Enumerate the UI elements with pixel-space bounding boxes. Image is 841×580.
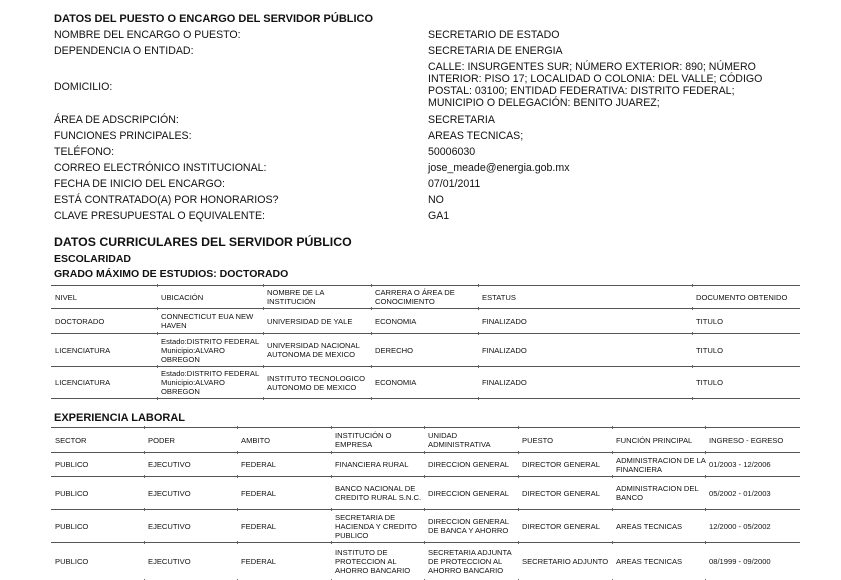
experience-table-header-text: PUESTO bbox=[522, 436, 553, 445]
experience-table-cell: FEDERAL bbox=[241, 510, 331, 542]
education-table-cell: FINALIZADO bbox=[482, 334, 682, 366]
education-table-column-tick bbox=[157, 397, 158, 400]
education-table-cell: UNIVERSIDAD DE YALE bbox=[267, 309, 371, 333]
education-table-header-text: NIVEL bbox=[55, 293, 77, 302]
education-table-cell-text: ECONOMIA bbox=[375, 317, 416, 326]
field-value-clave-presupuestal: GA1 bbox=[428, 210, 798, 222]
education-table-header-text: ESTATUS bbox=[482, 293, 516, 302]
experience-table-header-text: INGRESO - EGRESO bbox=[709, 436, 783, 445]
experience-table-header-text: UNIDAD ADMINISTRATIVA bbox=[428, 431, 520, 449]
education-table-cell: TITULO bbox=[696, 309, 800, 333]
subsection-title-experiencia: EXPERIENCIA LABORAL bbox=[54, 412, 185, 424]
experience-table-header-cell: FUNCIÓN PRINCIPAL bbox=[616, 428, 708, 452]
experience-table-cell-text: DIRECTOR GENERAL bbox=[522, 522, 600, 531]
experience-table-cell: ADMINISTRACION DE LA FINANCIERA bbox=[616, 453, 708, 476]
field-label-domicilio: DOMICILIO: bbox=[54, 81, 112, 93]
field-value-dependencia: SECRETARIA DE ENERGIA bbox=[428, 45, 798, 57]
education-table-cell-text: ECONOMIA bbox=[375, 378, 416, 387]
experience-table-cell-text: ADMINISTRACION DE LA FINANCIERA bbox=[616, 456, 708, 474]
field-value-funciones: AREAS TECNICAS; bbox=[428, 130, 798, 142]
education-table-cell: Estado:DISTRITO FEDERAL Municipio:ALVARO… bbox=[161, 367, 265, 398]
field-value-area-adscripcion: SECRETARIA bbox=[428, 114, 798, 126]
experience-table-header-text: INSTITUCIÓN O EMPRESA bbox=[335, 431, 427, 449]
experience-table-cell: EJECUTIVO bbox=[148, 510, 238, 542]
education-table-column-tick bbox=[157, 307, 158, 310]
experience-table-header-text: AMBITO bbox=[241, 436, 270, 445]
education-table-header-cell: ESTATUS bbox=[482, 286, 682, 308]
experience-table-cell-text: AREAS TECNICAS bbox=[616, 522, 682, 531]
field-label-clave-presupuestal: CLAVE PRESUPUESTAL O EQUIVALENTE: bbox=[54, 210, 265, 222]
education-table-cell-text: DERECHO bbox=[375, 346, 413, 355]
education-table-cell: FINALIZADO bbox=[482, 367, 682, 398]
education-table-header-cell: DOCUMENTO OBTENIDO bbox=[696, 286, 800, 308]
experience-table-column-tick bbox=[331, 541, 332, 544]
education-table-header-cell: NOMBRE DE LA INSTITUCIÓN bbox=[267, 286, 371, 308]
education-table-column-tick bbox=[157, 284, 158, 287]
experience-table-header-cell: UNIDAD ADMINISTRATIVA bbox=[428, 428, 520, 452]
experience-table-cell-text: 12/2000 - 05/2002 bbox=[709, 522, 771, 531]
education-table-cell-text: CONNECTICUT EUA NEW HAVEN bbox=[161, 312, 265, 330]
field-value-honorarios: NO bbox=[428, 194, 798, 206]
experience-table-cell-text: BANCO NACIONAL DE CREDITO RURAL S.N.C. bbox=[335, 484, 427, 502]
experience-table-cell: DIRECCION GENERAL bbox=[428, 477, 520, 509]
experience-table-cell-text: DIRECCION GENERAL DE BANCA Y AHORRO bbox=[428, 517, 520, 535]
experience-table-cell-text: PUBLICO bbox=[55, 557, 88, 566]
experience-table-cell-text: EJECUTIVO bbox=[148, 522, 191, 531]
education-table-cell: UNIVERSIDAD NACIONAL AUTONOMA DE MEXICO bbox=[267, 334, 371, 366]
education-table-column-tick bbox=[157, 332, 158, 335]
experience-table-cell-text: INSTITUTO DE PROTECCION AL AHORRO BANCAR… bbox=[335, 548, 427, 575]
experience-table-cell: SECRETARIO ADJUNTO bbox=[522, 543, 614, 580]
field-value-domicilio: CALLE: INSURGENTES SUR; NÚMERO EXTERIOR:… bbox=[428, 61, 793, 109]
education-table-cell: ECONOMIA bbox=[375, 367, 479, 398]
field-label-fecha-inicio: FECHA DE INICIO DEL ENCARGO: bbox=[54, 178, 225, 190]
experience-table-cell-text: FEDERAL bbox=[241, 557, 276, 566]
experience-table-cell-text: 01/2003 - 12/2006 bbox=[709, 460, 771, 469]
experience-table-cell: PUBLICO bbox=[55, 453, 145, 476]
education-table-cell-text: Estado:DISTRITO FEDERAL Municipio:ALVARO… bbox=[161, 337, 265, 364]
education-table-cell: LICENCIATURA bbox=[55, 334, 155, 366]
experience-table-header-text: FUNCIÓN PRINCIPAL bbox=[616, 436, 692, 445]
education-table-header-text: DOCUMENTO OBTENIDO bbox=[696, 293, 787, 302]
education-table-column-tick bbox=[157, 365, 158, 368]
education-table-cell: FINALIZADO bbox=[482, 309, 682, 333]
field-value-nombre-encargo: SECRETARIO DE ESTADO bbox=[428, 29, 798, 41]
experience-table-cell-text: ADMINISTRACION DEL BANCO bbox=[616, 484, 708, 502]
education-table-header-text: UBICACIÓN bbox=[161, 293, 203, 302]
education-table-column-tick bbox=[371, 365, 372, 368]
experience-table-cell: PUBLICO bbox=[55, 510, 145, 542]
experience-table-cell-text: SECRETARIA ADJUNTA DE PROTECCION AL AHOR… bbox=[428, 548, 520, 575]
education-table-cell-text: TITULO bbox=[696, 346, 723, 355]
field-label-honorarios: ESTÁ CONTRATADO(A) POR HONORARIOS? bbox=[54, 194, 278, 206]
education-table-cell-text: LICENCIATURA bbox=[55, 346, 110, 355]
education-table-cell-text: UNIVERSIDAD NACIONAL AUTONOMA DE MEXICO bbox=[267, 341, 371, 359]
experience-table-cell-text: EJECUTIVO bbox=[148, 489, 191, 498]
experience-table-cell: 05/2002 - 01/2003 bbox=[709, 477, 799, 509]
experience-table-cell: FEDERAL bbox=[241, 453, 331, 476]
field-value-telefono: 50006030 bbox=[428, 146, 798, 158]
experience-table-header-cell: INGRESO - EGRESO bbox=[709, 428, 799, 452]
education-table-header-cell: NIVEL bbox=[55, 286, 155, 308]
experience-table-cell: PUBLICO bbox=[55, 543, 145, 580]
experience-table-cell-text: FEDERAL bbox=[241, 522, 276, 531]
experience-table-cell: FINANCIERA RURAL bbox=[335, 453, 427, 476]
experience-table-cell-text: DIRECCION GENERAL bbox=[428, 489, 509, 498]
education-table-cell-text: FINALIZADO bbox=[482, 378, 527, 387]
grado-maximo-estudios: GRADO MÁXIMO DE ESTUDIOS: DOCTORADO bbox=[54, 268, 288, 280]
education-table-header-cell: CARRERA O ÁREA DE CONOCIMIENTO bbox=[375, 286, 479, 308]
experience-table-header-text: SECTOR bbox=[55, 436, 87, 445]
experience-table-cell: FEDERAL bbox=[241, 477, 331, 509]
education-table-cell: CONNECTICUT EUA NEW HAVEN bbox=[161, 309, 265, 333]
education-table-rule bbox=[51, 398, 800, 399]
experience-table-cell: PUBLICO bbox=[55, 477, 145, 509]
experience-table-header-cell: SECTOR bbox=[55, 428, 145, 452]
experience-table-cell-text: PUBLICO bbox=[55, 522, 88, 531]
experience-table-cell: EJECUTIVO bbox=[148, 543, 238, 580]
experience-table-cell: DIRECTOR GENERAL bbox=[522, 477, 614, 509]
experience-table-cell-text: DIRECTOR GENERAL bbox=[522, 460, 600, 469]
education-table-cell-text: TITULO bbox=[696, 317, 723, 326]
education-table-cell-text: LICENCIATURA bbox=[55, 378, 110, 387]
experience-table-cell-text: PUBLICO bbox=[55, 460, 88, 469]
experience-table-cell: 12/2000 - 05/2002 bbox=[709, 510, 799, 542]
education-table-column-tick bbox=[692, 397, 693, 400]
education-table-cell-text: Estado:DISTRITO FEDERAL Municipio:ALVARO… bbox=[161, 369, 265, 396]
education-table-cell: DERECHO bbox=[375, 334, 479, 366]
education-table-cell-text: INSTITUTO TECNOLOGICO AUTONOMO DE MEXICO bbox=[267, 374, 371, 392]
education-table-cell-text: FINALIZADO bbox=[482, 346, 527, 355]
education-table-cell: ECONOMIA bbox=[375, 309, 479, 333]
field-label-dependencia: DEPENDENCIA O ENTIDAD: bbox=[54, 45, 194, 57]
experience-table-header-cell: INSTITUCIÓN O EMPRESA bbox=[335, 428, 427, 452]
education-table-column-tick bbox=[371, 307, 372, 310]
experience-table-column-tick bbox=[331, 508, 332, 511]
experience-table-cell-text: SECRETARIA DE HACIENDA Y CREDITO PUBLICO bbox=[335, 513, 427, 540]
experience-table-column-tick bbox=[331, 475, 332, 478]
experience-table-cell-text: PUBLICO bbox=[55, 489, 88, 498]
education-table-cell: INSTITUTO TECNOLOGICO AUTONOMO DE MEXICO bbox=[267, 367, 371, 398]
field-label-correo: CORREO ELECTRÓNICO INSTITUCIONAL: bbox=[54, 162, 267, 174]
section-title-curricular: DATOS CURRICULARES DEL SERVIDOR PÚBLICO bbox=[54, 235, 352, 249]
experience-table-cell: DIRECTOR GENERAL bbox=[522, 510, 614, 542]
experience-table-cell: FEDERAL bbox=[241, 543, 331, 580]
experience-table-header-cell: PUESTO bbox=[522, 428, 614, 452]
field-label-area-adscripcion: ÁREA DE ADSCRIPCIÓN: bbox=[54, 114, 179, 126]
education-table-header-text: CARRERA O ÁREA DE CONOCIMIENTO bbox=[375, 288, 479, 306]
field-label-telefono: TELÉFONO: bbox=[54, 146, 114, 158]
document-page: DATOS DEL PUESTO O ENCARGO DEL SERVIDOR … bbox=[0, 0, 841, 580]
experience-table-cell: EJECUTIVO bbox=[148, 477, 238, 509]
experience-table: SECTORPODERAMBITOINSTITUCIÓN O EMPRESAUN… bbox=[51, 427, 800, 580]
section-title-puesto: DATOS DEL PUESTO O ENCARGO DEL SERVIDOR … bbox=[54, 13, 373, 25]
experience-table-header-cell: PODER bbox=[148, 428, 238, 452]
experience-table-cell: AREAS TECNICAS bbox=[616, 510, 708, 542]
experience-table-cell-text: 08/1999 - 09/2000 bbox=[709, 557, 771, 566]
subsection-title-escolaridad: ESCOLARIDAD bbox=[54, 253, 131, 265]
education-table: NIVELUBICACIÓNNOMBRE DE LA INSTITUCIÓNCA… bbox=[51, 285, 800, 400]
experience-table-header-text: PODER bbox=[148, 436, 175, 445]
experience-table-column-tick bbox=[331, 426, 332, 429]
experience-table-cell-text: 05/2002 - 01/2003 bbox=[709, 489, 771, 498]
experience-table-cell-text: EJECUTIVO bbox=[148, 557, 191, 566]
education-table-header-cell: UBICACIÓN bbox=[161, 286, 265, 308]
education-table-column-tick bbox=[371, 284, 372, 287]
experience-table-cell: DIRECCION GENERAL bbox=[428, 453, 520, 476]
experience-table-cell-text: DIRECTOR GENERAL bbox=[522, 489, 600, 498]
education-table-cell: LICENCIATURA bbox=[55, 367, 155, 398]
education-table-column-tick bbox=[371, 332, 372, 335]
experience-table-header-cell: AMBITO bbox=[241, 428, 331, 452]
education-table-column-tick bbox=[692, 365, 693, 368]
experience-table-cell: DIRECCION GENERAL DE BANCA Y AHORRO bbox=[428, 510, 520, 542]
education-table-column-tick bbox=[692, 307, 693, 310]
field-label-nombre-encargo: NOMBRE DEL ENCARGO O PUESTO: bbox=[54, 29, 241, 41]
education-table-cell: TITULO bbox=[696, 367, 800, 398]
experience-table-cell: SECRETARIA ADJUNTA DE PROTECCION AL AHOR… bbox=[428, 543, 520, 580]
experience-table-cell-text: FEDERAL bbox=[241, 489, 276, 498]
experience-table-cell: BANCO NACIONAL DE CREDITO RURAL S.N.C. bbox=[335, 477, 427, 509]
experience-table-cell: AREAS TECNICAS bbox=[616, 543, 708, 580]
experience-table-column-tick bbox=[331, 451, 332, 454]
experience-table-cell: SECRETARIA DE HACIENDA Y CREDITO PUBLICO bbox=[335, 510, 427, 542]
education-table-cell-text: TITULO bbox=[696, 378, 723, 387]
field-value-fecha-inicio: 07/01/2011 bbox=[428, 178, 798, 190]
education-table-cell: DOCTORADO bbox=[55, 309, 155, 333]
education-table-header-text: NOMBRE DE LA INSTITUCIÓN bbox=[267, 288, 371, 306]
experience-table-cell: INSTITUTO DE PROTECCION AL AHORRO BANCAR… bbox=[335, 543, 427, 580]
experience-table-cell: 08/1999 - 09/2000 bbox=[709, 543, 799, 580]
experience-table-cell-text: AREAS TECNICAS bbox=[616, 557, 682, 566]
experience-table-cell: EJECUTIVO bbox=[148, 453, 238, 476]
experience-table-cell-text: DIRECCION GENERAL bbox=[428, 460, 509, 469]
experience-table-cell-text: SECRETARIO ADJUNTO bbox=[522, 557, 608, 566]
field-label-funciones: FUNCIONES PRINCIPALES: bbox=[54, 130, 192, 142]
education-table-column-tick bbox=[371, 397, 372, 400]
experience-table-cell-text: EJECUTIVO bbox=[148, 460, 191, 469]
education-table-column-tick bbox=[692, 332, 693, 335]
education-table-column-tick bbox=[692, 284, 693, 287]
education-table-cell-text: FINALIZADO bbox=[482, 317, 527, 326]
experience-table-cell-text: FINANCIERA RURAL bbox=[335, 460, 408, 469]
field-value-correo: jose_meade@energia.gob.mx bbox=[428, 162, 798, 174]
education-table-cell: Estado:DISTRITO FEDERAL Municipio:ALVARO… bbox=[161, 334, 265, 366]
experience-table-cell: 01/2003 - 12/2006 bbox=[709, 453, 799, 476]
education-table-cell-text: DOCTORADO bbox=[55, 317, 104, 326]
education-table-cell-text: UNIVERSIDAD DE YALE bbox=[267, 317, 352, 326]
experience-table-cell-text: FEDERAL bbox=[241, 460, 276, 469]
education-table-cell: TITULO bbox=[696, 334, 800, 366]
experience-table-cell: ADMINISTRACION DEL BANCO bbox=[616, 477, 708, 509]
experience-table-cell: DIRECTOR GENERAL bbox=[522, 453, 614, 476]
